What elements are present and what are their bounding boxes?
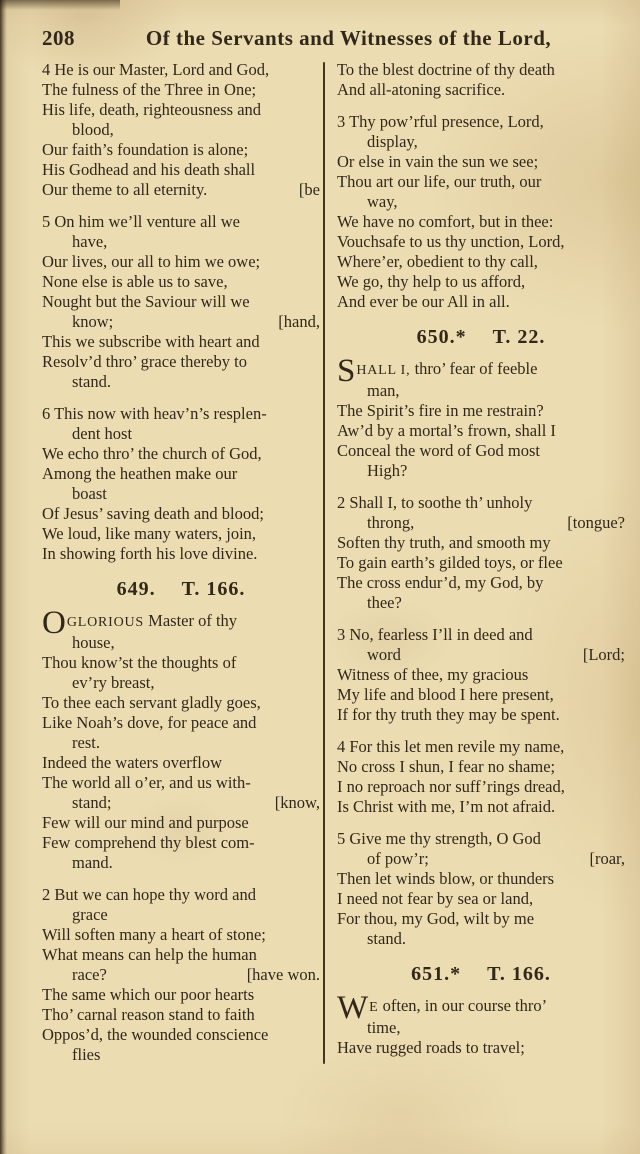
page-edge-shadow bbox=[0, 0, 7, 1154]
line-text: mand. bbox=[42, 853, 113, 873]
line-text: Have rugged roads to travel; bbox=[337, 1038, 525, 1057]
verse-line: The world all o’er, and us with- bbox=[42, 773, 320, 793]
line-text: Our lives, our all to him we owe; bbox=[42, 252, 260, 271]
line-text: house, bbox=[42, 633, 115, 653]
verse-line: boast bbox=[42, 484, 320, 504]
verse-line: My life and blood I here present, bbox=[337, 685, 625, 705]
line-text: Or else in vain the sun we see; bbox=[337, 152, 538, 171]
line-text: stand; bbox=[42, 793, 111, 813]
line-text: 4 For this let men revile my name, bbox=[337, 737, 564, 756]
page-number: 208 bbox=[42, 26, 75, 51]
line-text: His life, death, righteousness and bbox=[42, 100, 261, 119]
running-header: 208 Of the Servants and Witnesses of the… bbox=[42, 26, 622, 51]
verse-line: Thou know’st the thoughts of bbox=[42, 653, 320, 673]
verse-line: rest. bbox=[42, 733, 320, 753]
line-text: thee? bbox=[337, 593, 402, 613]
line-text: man, bbox=[337, 381, 400, 401]
verse-line: None else is able us to save, bbox=[42, 272, 320, 292]
running-header-title: Of the Servants and Witnesses of the Lor… bbox=[75, 26, 622, 51]
line-text: And ever be our All in all. bbox=[337, 292, 510, 311]
verse-line: His life, death, righteousness and bbox=[42, 100, 320, 120]
verse-line: word[Lord; bbox=[337, 645, 625, 665]
line-text: Resolv’d thro’ grace thereby to bbox=[42, 352, 247, 371]
verse-line: Will soften many a heart of stone; bbox=[42, 925, 320, 945]
verse-line: grace bbox=[42, 905, 320, 925]
verse-line: 5 Give me thy strength, O God bbox=[337, 829, 625, 849]
small-caps-word: HALL I, bbox=[356, 363, 410, 378]
line-text: SHALL I, thro’ fear of feeble bbox=[337, 359, 537, 378]
line-text: Tho’ carnal reason stand to faith bbox=[42, 1005, 255, 1024]
verse-line: man, bbox=[337, 381, 625, 401]
bracket-catchword: [hand, bbox=[278, 312, 320, 332]
line-text: In showing forth his love divine. bbox=[42, 544, 257, 563]
line-text: blood, bbox=[42, 120, 114, 140]
line-text: 2 Shall I, to soothe th’ unholy bbox=[337, 493, 532, 512]
line-text: stand. bbox=[42, 372, 111, 392]
verse-stanza: OGLORIOUS Master of thyhouse,Thou know’s… bbox=[42, 611, 320, 873]
line-text: Oppos’d, the wounded conscience bbox=[42, 1025, 268, 1044]
verse-line: No cross I shun, I fear no shame; bbox=[337, 757, 625, 777]
line-text: Vouchsafe to us thy unction, Lord, bbox=[337, 232, 564, 251]
line-text: throng, bbox=[337, 513, 414, 533]
line-text: To gain earth’s gilded toys, or flee bbox=[337, 553, 563, 572]
verse-line: Have rugged roads to travel; bbox=[337, 1038, 625, 1058]
verse-line: Indeed the waters overflow bbox=[42, 753, 320, 773]
line-text: OGLORIOUS Master of thy bbox=[42, 611, 237, 630]
verse-line: We go, thy help to us afford, bbox=[337, 272, 625, 292]
line-text: 6 This now with heav’n’s resplen- bbox=[42, 404, 267, 423]
tune-number: T. 166. bbox=[182, 578, 246, 600]
line-text: His Godhead and his death shall bbox=[42, 160, 255, 179]
right-column: To the blest doctrine of thy deathAnd al… bbox=[337, 60, 625, 1070]
line-text: time, bbox=[337, 1018, 400, 1038]
verse-line: Among the heathen make our bbox=[42, 464, 320, 484]
verse-line: And all-atoning sacrifice. bbox=[337, 80, 625, 100]
line-text: If for thy truth they may be spent. bbox=[337, 705, 560, 724]
verse-line: Few comprehend thy blest com- bbox=[42, 833, 320, 853]
bracket-catchword: [have won. bbox=[247, 965, 320, 985]
line-text: Like Noah’s dove, for peace and bbox=[42, 713, 256, 732]
hymn-heading: 650.*T. 22. bbox=[337, 326, 625, 349]
verse-line: 6 This now with heav’n’s resplen- bbox=[42, 404, 320, 424]
line-text: The Spirit’s fire in me restrain? bbox=[337, 401, 544, 420]
line-text: Is Christ with me, I’m not afraid. bbox=[337, 797, 555, 816]
line-text: We go, thy help to us afford, bbox=[337, 272, 525, 291]
line-text: This we subscribe with heart and bbox=[42, 332, 260, 351]
line-text: of pow’r; bbox=[337, 849, 429, 869]
small-caps-word: E bbox=[369, 1000, 378, 1015]
line-text: My life and blood I here present, bbox=[337, 685, 554, 704]
line-text: word bbox=[337, 645, 401, 665]
line-text: flies bbox=[42, 1045, 100, 1065]
line-text: To the blest doctrine of thy death bbox=[337, 60, 555, 79]
verse-line: Few will our mind and purpose bbox=[42, 813, 320, 833]
verse-line: Thou art our life, our truth, our bbox=[337, 172, 625, 192]
verse-line: We echo thro’ the church of God, bbox=[42, 444, 320, 464]
hymn-heading: 651.*T. 166. bbox=[337, 963, 625, 986]
bracket-catchword: [roar, bbox=[589, 849, 625, 869]
verse-line: flies bbox=[42, 1045, 320, 1065]
line-text: Witness of thee, my gracious bbox=[337, 665, 528, 684]
verse-line: In showing forth his love divine. bbox=[42, 544, 320, 564]
bracket-catchword: [know, bbox=[275, 793, 320, 813]
bracket-catchword: [be bbox=[299, 180, 320, 200]
verse-line: 4 He is our Master, Lord and God, bbox=[42, 60, 320, 80]
verse-line: 2 Shall I, to soothe th’ unholy bbox=[337, 493, 625, 513]
verse-line: mand. bbox=[42, 853, 320, 873]
verse-line: of pow’r;[roar, bbox=[337, 849, 625, 869]
left-column: 4 He is our Master, Lord and God,The ful… bbox=[42, 60, 320, 1077]
line-text: WE often, in our course thro’ bbox=[337, 996, 547, 1015]
line-text: What means can help the human bbox=[42, 945, 257, 964]
line-text: We loud, like many waters, join, bbox=[42, 524, 256, 543]
verse-line: blood, bbox=[42, 120, 320, 140]
line-text: ev’ry breast, bbox=[42, 673, 154, 693]
bracket-catchword: [Lord; bbox=[583, 645, 625, 665]
verse-line: Then let winds blow, or thunders bbox=[337, 869, 625, 889]
verse-line: I need not fear by sea or land, bbox=[337, 889, 625, 909]
verse-stanza: To the blest doctrine of thy deathAnd al… bbox=[337, 60, 625, 100]
line-text: way, bbox=[337, 192, 398, 212]
line-text: Few comprehend thy blest com- bbox=[42, 833, 255, 852]
verse-line: Where’er, obedient to thy call, bbox=[337, 252, 625, 272]
verse-stanza: 5 Give me thy strength, O Godof pow’r;[r… bbox=[337, 829, 625, 949]
verse-line: Our theme to all eternity.[be bbox=[42, 180, 320, 200]
verse-line: Oppos’d, the wounded conscience bbox=[42, 1025, 320, 1045]
verse-stanza: 6 This now with heav’n’s resplen-dent ho… bbox=[42, 404, 320, 564]
verse-line: Resolv’d thro’ grace thereby to bbox=[42, 352, 320, 372]
verse-line: Our lives, our all to him we owe; bbox=[42, 252, 320, 272]
line-text: The cross endur’d, my God, by bbox=[337, 573, 543, 592]
line-text: Where’er, obedient to thy call, bbox=[337, 252, 538, 271]
line-text: Thou art our life, our truth, our bbox=[337, 172, 541, 191]
hymn-number: 650.* bbox=[417, 326, 467, 348]
line-text: Thou know’st the thoughts of bbox=[42, 653, 236, 672]
line-text: 2 But we can hope thy word and bbox=[42, 885, 256, 904]
line-text: None else is able us to save, bbox=[42, 272, 228, 291]
verse-line: Of Jesus’ saving death and blood; bbox=[42, 504, 320, 524]
line-text: rest. bbox=[42, 733, 100, 753]
line-text: grace bbox=[42, 905, 108, 925]
line-text: The fulness of the Three in One; bbox=[42, 80, 256, 99]
verse-line: stand;[know, bbox=[42, 793, 320, 813]
verse-line: know;[hand, bbox=[42, 312, 320, 332]
verse-line: 4 For this let men revile my name, bbox=[337, 737, 625, 757]
verse-line: display, bbox=[337, 132, 625, 152]
line-text: 4 He is our Master, Lord and God, bbox=[42, 60, 269, 79]
verse-line: Vouchsafe to us thy unction, Lord, bbox=[337, 232, 625, 252]
verse-line: Soften thy truth, and smooth my bbox=[337, 533, 625, 553]
verse-line: 5 On him we’ll venture all we bbox=[42, 212, 320, 232]
line-text: The same which our poor hearts bbox=[42, 985, 254, 1004]
verse-line: 3 No, fearless I’ll in deed and bbox=[337, 625, 625, 645]
line-text: Few will our mind and purpose bbox=[42, 813, 249, 832]
verse-line: Aw’d by a mortal’s frown, shall I bbox=[337, 421, 625, 441]
bracket-catchword: [tongue? bbox=[567, 513, 625, 533]
book-page: 208 Of the Servants and Witnesses of the… bbox=[0, 0, 640, 1154]
column-divider bbox=[323, 62, 325, 1064]
verse-stanza: 2 But we can hope thy word andgraceWill … bbox=[42, 885, 320, 1065]
verse-line: Or else in vain the sun we see; bbox=[337, 152, 625, 172]
line-text: 5 On him we’ll venture all we bbox=[42, 212, 240, 231]
line-text: race? bbox=[42, 965, 107, 985]
verse-stanza: WE often, in our course thro’time,Have r… bbox=[337, 996, 625, 1058]
verse-line: I no reproach nor suff’rings dread, bbox=[337, 777, 625, 797]
verse-line: Is Christ with me, I’m not afraid. bbox=[337, 797, 625, 817]
verse-line: We loud, like many waters, join, bbox=[42, 524, 320, 544]
verse-line: The cross endur’d, my God, by bbox=[337, 573, 625, 593]
verse-line: race?[have won. bbox=[42, 965, 320, 985]
hymn-number: 649. bbox=[117, 578, 156, 600]
line-text: Soften thy truth, and smooth my bbox=[337, 533, 551, 552]
line-text: For thou, my God, wilt by me bbox=[337, 909, 534, 928]
line-text: Of Jesus’ saving death and blood; bbox=[42, 504, 264, 523]
line-text: We have no comfort, but in thee: bbox=[337, 212, 553, 231]
verse-line: This we subscribe with heart and bbox=[42, 332, 320, 352]
line-text: display, bbox=[337, 132, 418, 152]
line-text: Among the heathen make our bbox=[42, 464, 237, 483]
verse-line: way, bbox=[337, 192, 625, 212]
line-text: I no reproach nor suff’rings dread, bbox=[337, 777, 565, 796]
verse-line: To thee each servant gladly goes, bbox=[42, 693, 320, 713]
verse-line: We have no comfort, but in thee: bbox=[337, 212, 625, 232]
verse-line: High? bbox=[337, 461, 625, 481]
top-edge-shadow bbox=[0, 0, 120, 10]
line-text: Conceal the word of God most bbox=[337, 441, 540, 460]
line-text: High? bbox=[337, 461, 407, 481]
line-text: No cross I shun, I fear no shame; bbox=[337, 757, 555, 776]
verse-stanza: 3 No, fearless I’ll in deed andword[Lord… bbox=[337, 625, 625, 725]
verse-line: Like Noah’s dove, for peace and bbox=[42, 713, 320, 733]
small-caps-word: GLORIOUS bbox=[67, 615, 144, 630]
verse-line: To gain earth’s gilded toys, or flee bbox=[337, 553, 625, 573]
line-text: Our faith’s foundation is alone; bbox=[42, 140, 248, 159]
verse-line: have, bbox=[42, 232, 320, 252]
verse-line: Witness of thee, my gracious bbox=[337, 665, 625, 685]
verse-line: Conceal the word of God most bbox=[337, 441, 625, 461]
verse-line: ev’ry breast, bbox=[42, 673, 320, 693]
verse-line: What means can help the human bbox=[42, 945, 320, 965]
verse-stanza: 5 On him we’ll venture all wehave,Our li… bbox=[42, 212, 320, 392]
verse-line: stand. bbox=[337, 929, 625, 949]
line-text: To thee each servant gladly goes, bbox=[42, 693, 261, 712]
hymn-heading: 649.T. 166. bbox=[42, 578, 320, 601]
line-text: Our theme to all eternity. bbox=[42, 180, 207, 200]
line-text: Indeed the waters overflow bbox=[42, 753, 222, 772]
tune-number: T. 166. bbox=[487, 963, 551, 985]
verse-line: The fulness of the Three in One; bbox=[42, 80, 320, 100]
line-text: The world all o’er, and us with- bbox=[42, 773, 251, 792]
verse-line: OGLORIOUS Master of thy bbox=[42, 611, 320, 633]
verse-stanza: 4 He is our Master, Lord and God,The ful… bbox=[42, 60, 320, 200]
line-text: Will soften many a heart of stone; bbox=[42, 925, 266, 944]
verse-line: dent host bbox=[42, 424, 320, 444]
line-text: 3 Thy pow’rful presence, Lord, bbox=[337, 112, 544, 131]
verse-line: To the blest doctrine of thy death bbox=[337, 60, 625, 80]
verse-line: Our faith’s foundation is alone; bbox=[42, 140, 320, 160]
verse-line: Tho’ carnal reason stand to faith bbox=[42, 1005, 320, 1025]
verse-line: If for thy truth they may be spent. bbox=[337, 705, 625, 725]
line-text: Nought but the Saviour will we bbox=[42, 292, 250, 311]
verse-line: house, bbox=[42, 633, 320, 653]
line-text: boast bbox=[42, 484, 107, 504]
tune-number: T. 22. bbox=[493, 326, 546, 348]
verse-line: SHALL I, thro’ fear of feeble bbox=[337, 359, 625, 381]
line-text: know; bbox=[42, 312, 113, 332]
line-text: 5 Give me thy strength, O God bbox=[337, 829, 541, 848]
line-text: stand. bbox=[337, 929, 406, 949]
line-text: And all-atoning sacrifice. bbox=[337, 80, 505, 99]
verse-line: The Spirit’s fire in me restrain? bbox=[337, 401, 625, 421]
line-text: I need not fear by sea or land, bbox=[337, 889, 533, 908]
line-text: have, bbox=[42, 232, 107, 252]
verse-line: throng,[tongue? bbox=[337, 513, 625, 533]
hymn-number: 651.* bbox=[411, 963, 461, 985]
verse-line: For thou, my God, wilt by me bbox=[337, 909, 625, 929]
verse-line: The same which our poor hearts bbox=[42, 985, 320, 1005]
verse-stanza: SHALL I, thro’ fear of feebleman,The Spi… bbox=[337, 359, 625, 481]
verse-line: Nought but the Saviour will we bbox=[42, 292, 320, 312]
verse-line: And ever be our All in all. bbox=[337, 292, 625, 312]
line-text: dent host bbox=[42, 424, 132, 444]
line-text: We echo thro’ the church of God, bbox=[42, 444, 262, 463]
verse-line: thee? bbox=[337, 593, 625, 613]
verse-line: time, bbox=[337, 1018, 625, 1038]
verse-line: 3 Thy pow’rful presence, Lord, bbox=[337, 112, 625, 132]
verse-stanza: 3 Thy pow’rful presence, Lord,display,Or… bbox=[337, 112, 625, 312]
verse-line: His Godhead and his death shall bbox=[42, 160, 320, 180]
line-text: Then let winds blow, or thunders bbox=[337, 869, 554, 888]
verse-line: WE often, in our course thro’ bbox=[337, 996, 625, 1018]
verse-line: 2 But we can hope thy word and bbox=[42, 885, 320, 905]
verse-line: stand. bbox=[42, 372, 320, 392]
line-text: 3 No, fearless I’ll in deed and bbox=[337, 625, 533, 644]
verse-stanza: 4 For this let men revile my name,No cro… bbox=[337, 737, 625, 817]
line-text: Aw’d by a mortal’s frown, shall I bbox=[337, 421, 556, 440]
verse-stanza: 2 Shall I, to soothe th’ unholythrong,[t… bbox=[337, 493, 625, 613]
